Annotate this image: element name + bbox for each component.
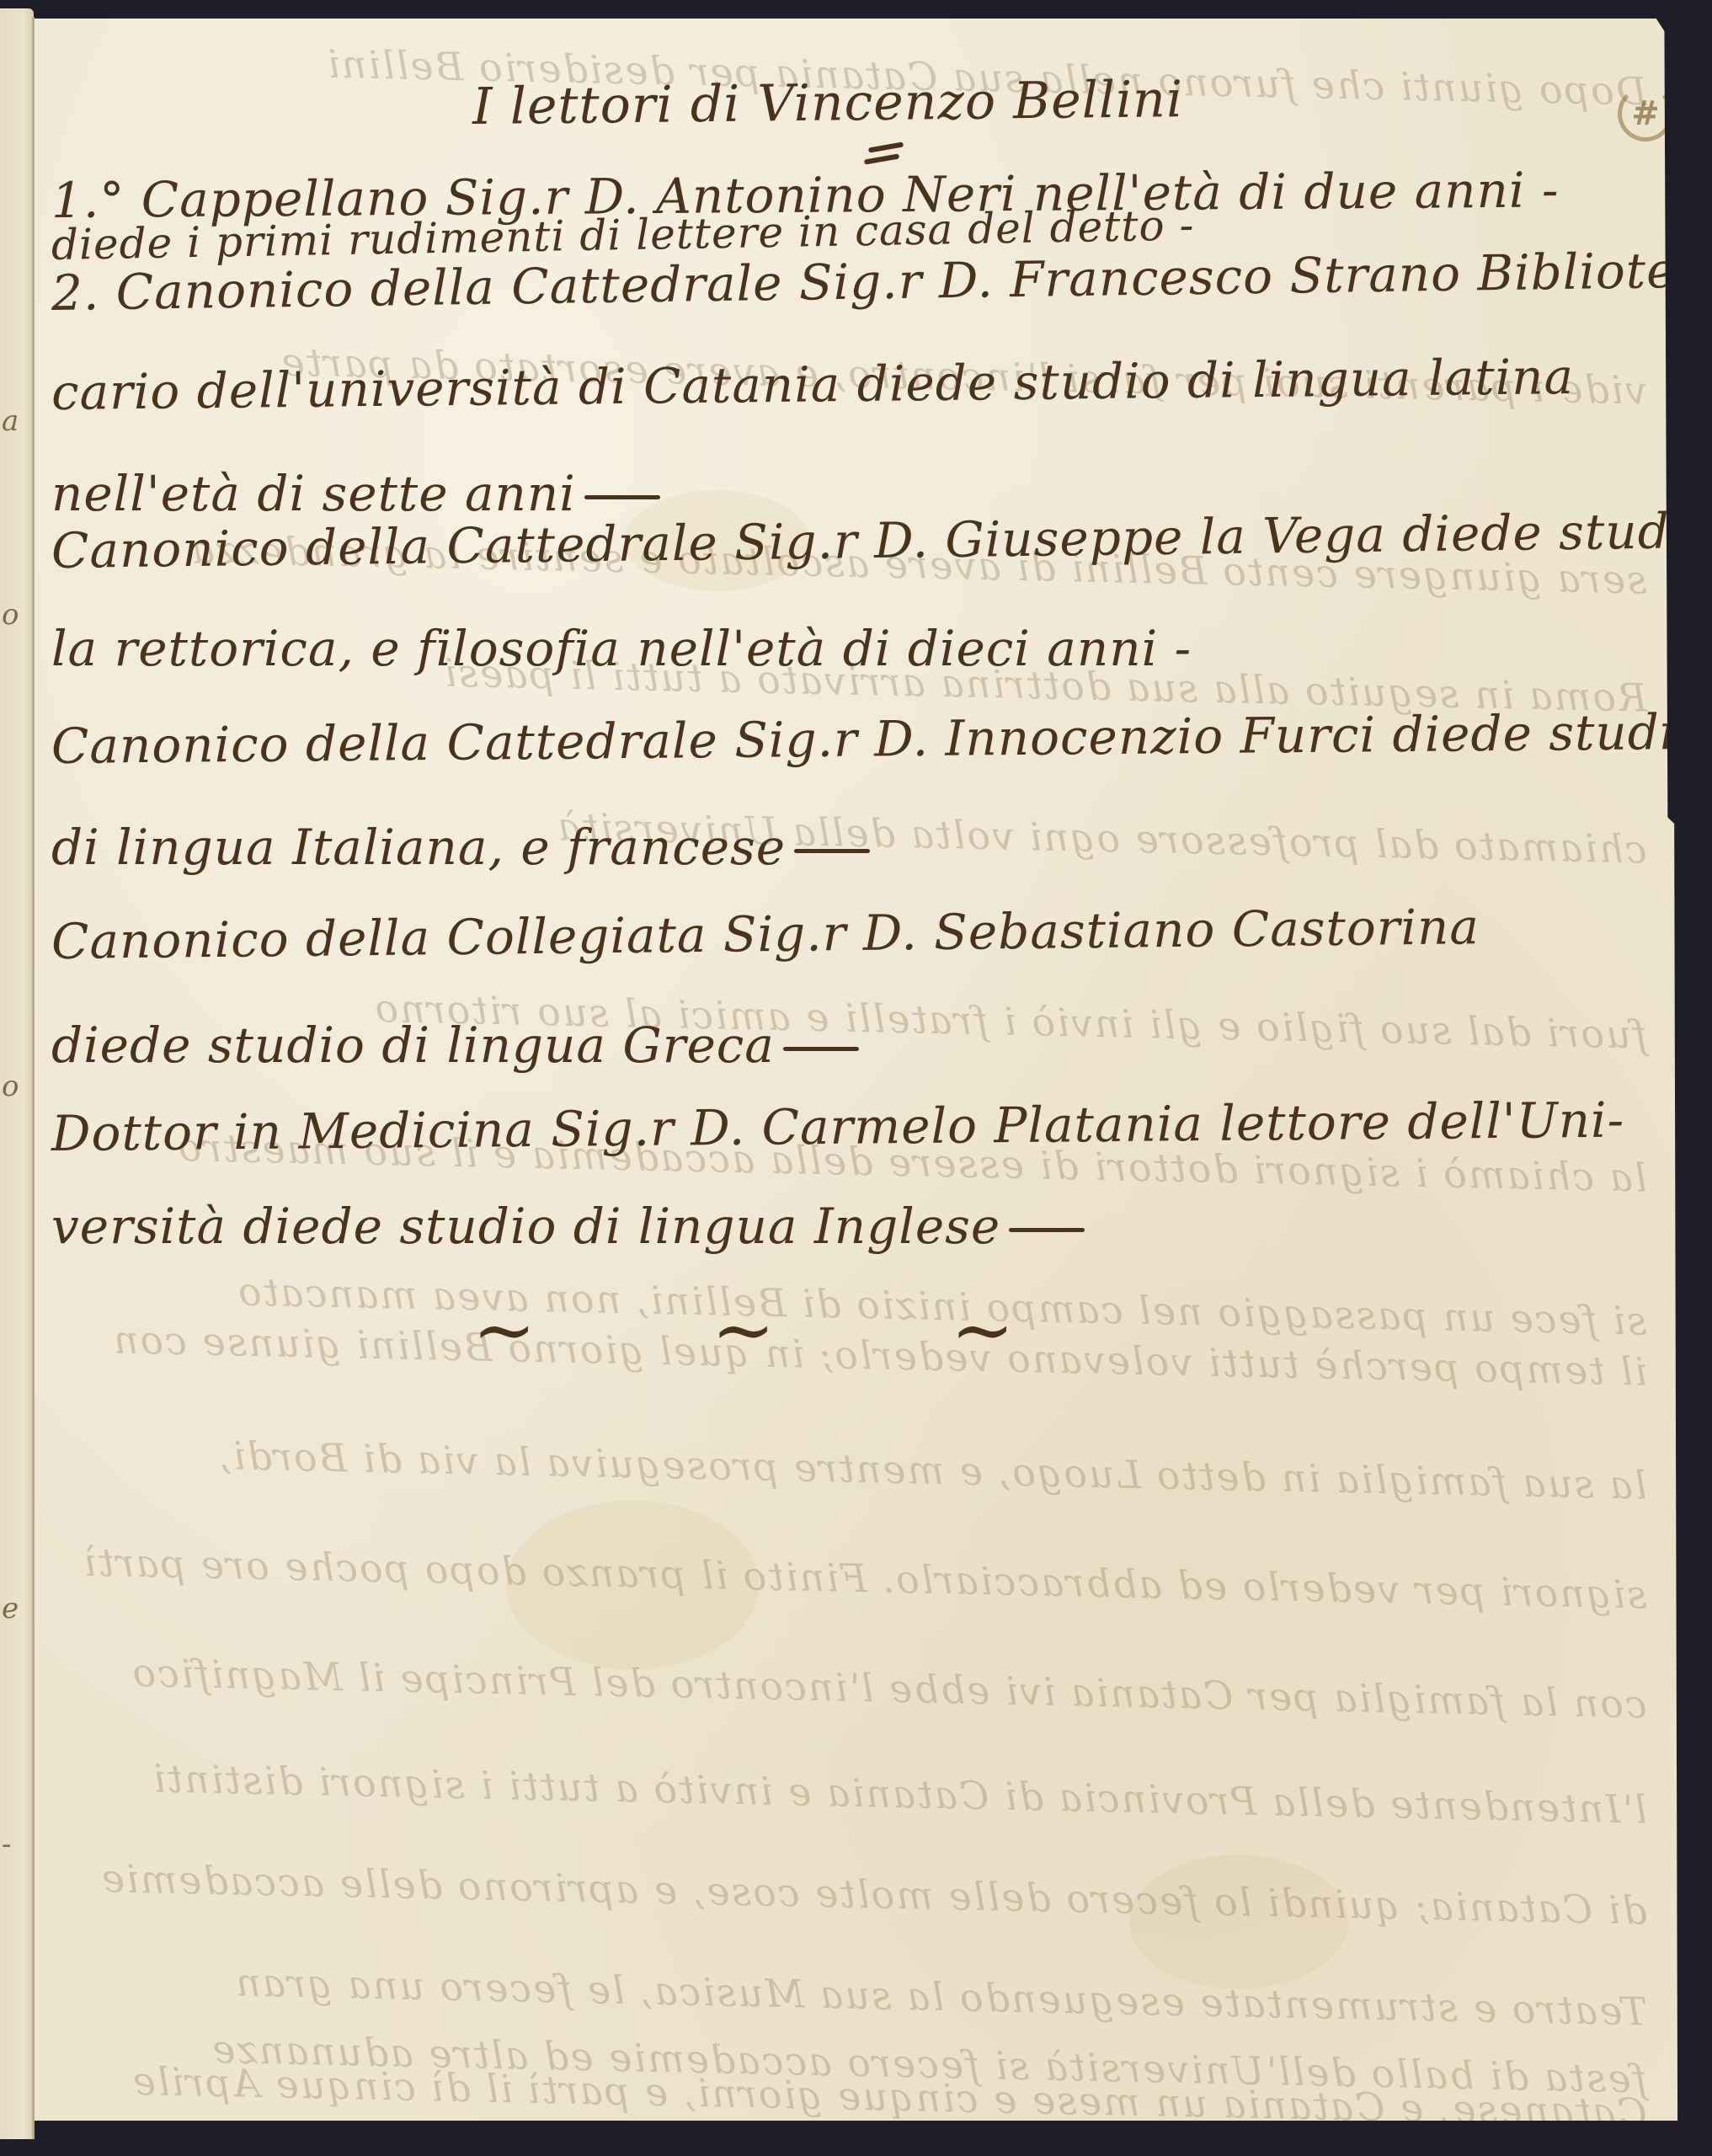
closing-flourish: ~ ~ ~ (472, 1286, 1090, 1374)
title-double-rule (864, 153, 899, 164)
facing-page-fragment: a (2, 404, 19, 438)
binding-gutter (32, 17, 35, 2139)
bleed-through-line: l'Intendente della Provincia di Catania … (68, 1753, 1648, 1832)
facing-page-fragment: e (2, 1592, 19, 1625)
line-text: versità diede studio di lingua Inglese (51, 1198, 1000, 1255)
bleed-through-line: la sua famiglia in detto Luogo, e mentre… (68, 1429, 1648, 1508)
manuscript-line: versità diede studio di lingua Inglese (51, 1198, 1085, 1255)
line-end-dash (783, 1047, 859, 1051)
facing-page-fragment: o (2, 1070, 19, 1103)
facing-page-fragment: - (2, 1828, 12, 1861)
manuscript-line: la rettorica, e filosofia nell'età di di… (51, 620, 1192, 677)
manuscript-line: Canonico della Cattedrale Sig.r D. Innoc… (51, 703, 1681, 775)
line-text: nell'età di sette anni (51, 465, 576, 522)
facing-page-fragment: o (2, 598, 19, 632)
manuscript-page: Dopo giunti che furono nella sua Catania… (35, 19, 1681, 2121)
line-text: diede studio di lingua Greca (51, 1017, 775, 1074)
bleed-through-line: signori per vederlo ed abbracciarlo. Fin… (68, 1539, 1648, 1617)
line-text: di lingua Italiana, e francese (51, 819, 786, 876)
facing-page-edge: a o o e - (0, 8, 34, 2139)
bleed-through-line: Teatro e strumentate eseguendo la sua Mu… (68, 1956, 1648, 2034)
archive-stamp: # (1618, 86, 1673, 141)
line-end-dash (1009, 1228, 1085, 1232)
scanned-manuscript: a o o e - Dopo giunti che furono nella s… (0, 0, 1712, 2156)
line-end-dash (794, 849, 870, 853)
bleed-through-line: di Catania; quindi lo fecero delle molte… (68, 1854, 1648, 1933)
manuscript-line: di lingua Italiana, e francese (51, 819, 870, 876)
hash-icon: # (1631, 94, 1660, 133)
line-end-dash (584, 495, 660, 499)
title-double-rule (868, 141, 904, 152)
manuscript-title: I lettori di Vincenzo Bellini (472, 70, 1184, 136)
manuscript-line: Canonico della Collegiata Sig.r D. Sebas… (51, 898, 1480, 970)
bleed-through-line: con la famiglia per Catania ivi ebbe l'i… (68, 1648, 1648, 1726)
manuscript-line: diede studio di lingua Greca (51, 1017, 859, 1074)
manuscript-line: nell'età di sette anni (51, 465, 660, 522)
